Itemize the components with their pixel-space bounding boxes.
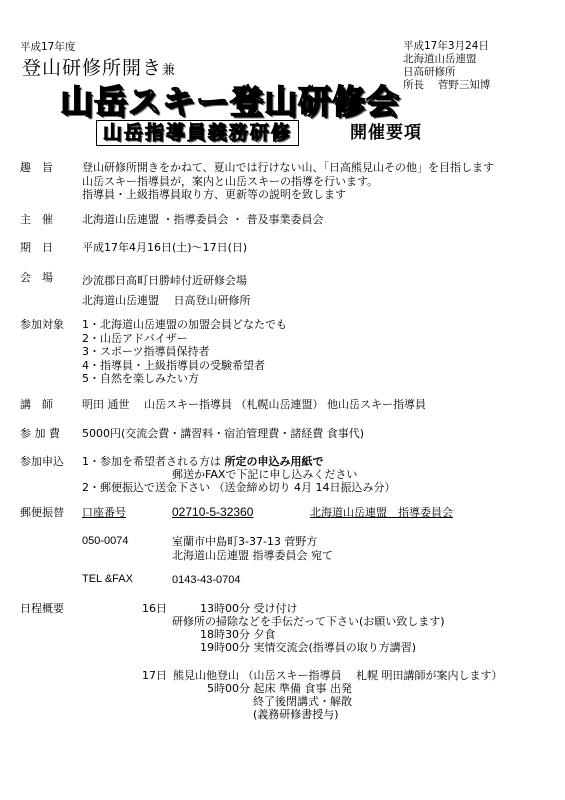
subtitle-small-text: 兼 [162, 63, 176, 78]
taisho-item: 2・山岳アドバイザー [82, 332, 287, 346]
moshikomi-line1-prefix: 1・参加を希望者される方は [82, 455, 225, 468]
shushi-line: 登山研修所開きをかねて、夏山では行けない山、「日高熊見山その他」を目指します [82, 161, 494, 175]
main-title: 山岳スキー登山研修会 [60, 80, 400, 125]
shushi-content: 登山研修所開きをかねて、夏山では行けない山、「日高熊見山その他」を目指します 山… [82, 161, 494, 202]
shushi-line: 指導員・上級指導員取り方、更新等の説明を致します [82, 188, 494, 202]
schedule-text: 夕食 [254, 628, 276, 641]
taisho-list: 1・北海道山岳連盟の加盟会員どなたでも 2・山岳アドバイザー 3・スポーツ指導員… [82, 318, 287, 386]
moshikomi-line1-bold: 所定の申込み用紙で [225, 455, 324, 468]
label-shushi: 趣 旨 [20, 161, 53, 176]
tel-label: TEL &FAX [82, 573, 133, 587]
account-number: 02710-5-32360 [172, 504, 253, 520]
kaijo-content: 沙流郡日高町日勝峠付近研修会場 北海道山岳連盟 日高登山研修所 [82, 271, 251, 311]
day17-label: 17日 [142, 669, 167, 684]
label-taisho: 参加対象 [20, 318, 64, 333]
label-nittei: 日程概要 [20, 602, 64, 617]
mailing-address: 室蘭市中島町3-37-13 菅野方 北海道山岳連盟 指導委員会 宛て [172, 535, 333, 562]
label-kaijo: 会 場 [20, 271, 53, 286]
kijitsu-value: 平成17年4月16日(土)～17日(日) [82, 241, 247, 255]
account-name: 北海道山岳連盟 指導委員会 [310, 506, 453, 521]
label-hiyo: 参 加 費 [20, 427, 60, 442]
moshikomi-line1: 1・参加を希望者される方は 所定の申込み用紙で [82, 455, 324, 469]
taisho-item: 5・自然を楽しみたい方 [82, 372, 287, 386]
label-shusai: 主 催 [20, 213, 53, 228]
koshi-value: 明田 通世 山岳スキー指導員 （札幌山岳連盟） 他山岳スキー指導員 [82, 398, 426, 412]
schedule-entry: 19時00分 実情交流会(指導員の取り方講習) [200, 641, 416, 656]
account-label: 口座番号 [82, 506, 126, 520]
schedule-time: 13時00分 [200, 602, 250, 615]
schedule-text: 実情交流会(指導員の取り方講習) [254, 641, 417, 654]
moshikomi-line2: 郵送かFAXで下記に申し込みください [172, 468, 357, 482]
schedule-time: 18時30分 [200, 628, 250, 641]
address-line: 北海道山岳連盟 指導委員会 宛て [172, 549, 333, 563]
subtitle-main: 登山研修所開き兼 [22, 56, 176, 82]
shusai-value: 北海道山岳連盟 ・指導委員会 ・ 普及事業委員会 [82, 213, 324, 227]
shushi-line: 山岳スキー指導員が，案内と山岳スキーの指導を行います。 [82, 175, 494, 189]
label-moshikomi: 参加申込 [20, 455, 64, 470]
label-kijitsu: 期 日 [20, 241, 53, 256]
day16-label: 16日 [142, 602, 167, 617]
label-furikae: 郵便振替 [20, 506, 64, 521]
kaijo-line: 沙流郡日高町日勝峠付近研修会場 [82, 271, 251, 291]
kaijo-line: 北海道山岳連盟 日高登山研修所 [82, 291, 251, 311]
schedule-text: 起床 準備 食事 出発 [254, 682, 353, 695]
issue-date: 平成17年3月24日 [403, 40, 490, 53]
issuer-director: 所長 菅野三知博 [403, 79, 490, 92]
schedule-time: 5時00分 [207, 682, 250, 695]
issuer-block: 平成17年3月24日 北海道山岳連盟 日高研修所 所長 菅野三知博 [403, 40, 490, 92]
address-line: 室蘭市中島町3-37-13 菅野方 [172, 535, 333, 549]
postal-code: 050-0074 [82, 535, 129, 549]
hiyo-value: 5000円(交流会費・講習料・宿泊管理費・諸経費 食事代) [82, 427, 364, 441]
tel-value: 0143-43-0704 [172, 573, 241, 588]
label-koshi: 講 師 [20, 398, 53, 413]
schedule-time: 19時00分 [200, 641, 250, 654]
moshikomi-line3: 2・郵便振込で送金下さい （送金締め切り 4月 14日振込み分） [82, 481, 395, 495]
taisho-item: 3・スポーツ指導員保持者 [82, 345, 287, 359]
taisho-item: 1・北海道山岳連盟の加盟会員どなたでも [82, 318, 287, 332]
issuer-org: 北海道山岳連盟 [403, 53, 490, 66]
subtitle-main-text: 登山研修所開き [22, 57, 162, 79]
boxed-title: 山岳指導員義務研修 [96, 120, 299, 146]
taisho-item: 4・指導員・上級指導員の受験希望者 [82, 359, 287, 373]
document-heading: 開催要項 [350, 122, 422, 145]
issuer-office: 日高研修所 [403, 66, 490, 79]
fiscal-year: 平成17年度 [20, 40, 75, 54]
schedule-text: (義務研修書授与) [253, 708, 339, 723]
schedule-text: 受け付け [254, 602, 298, 615]
